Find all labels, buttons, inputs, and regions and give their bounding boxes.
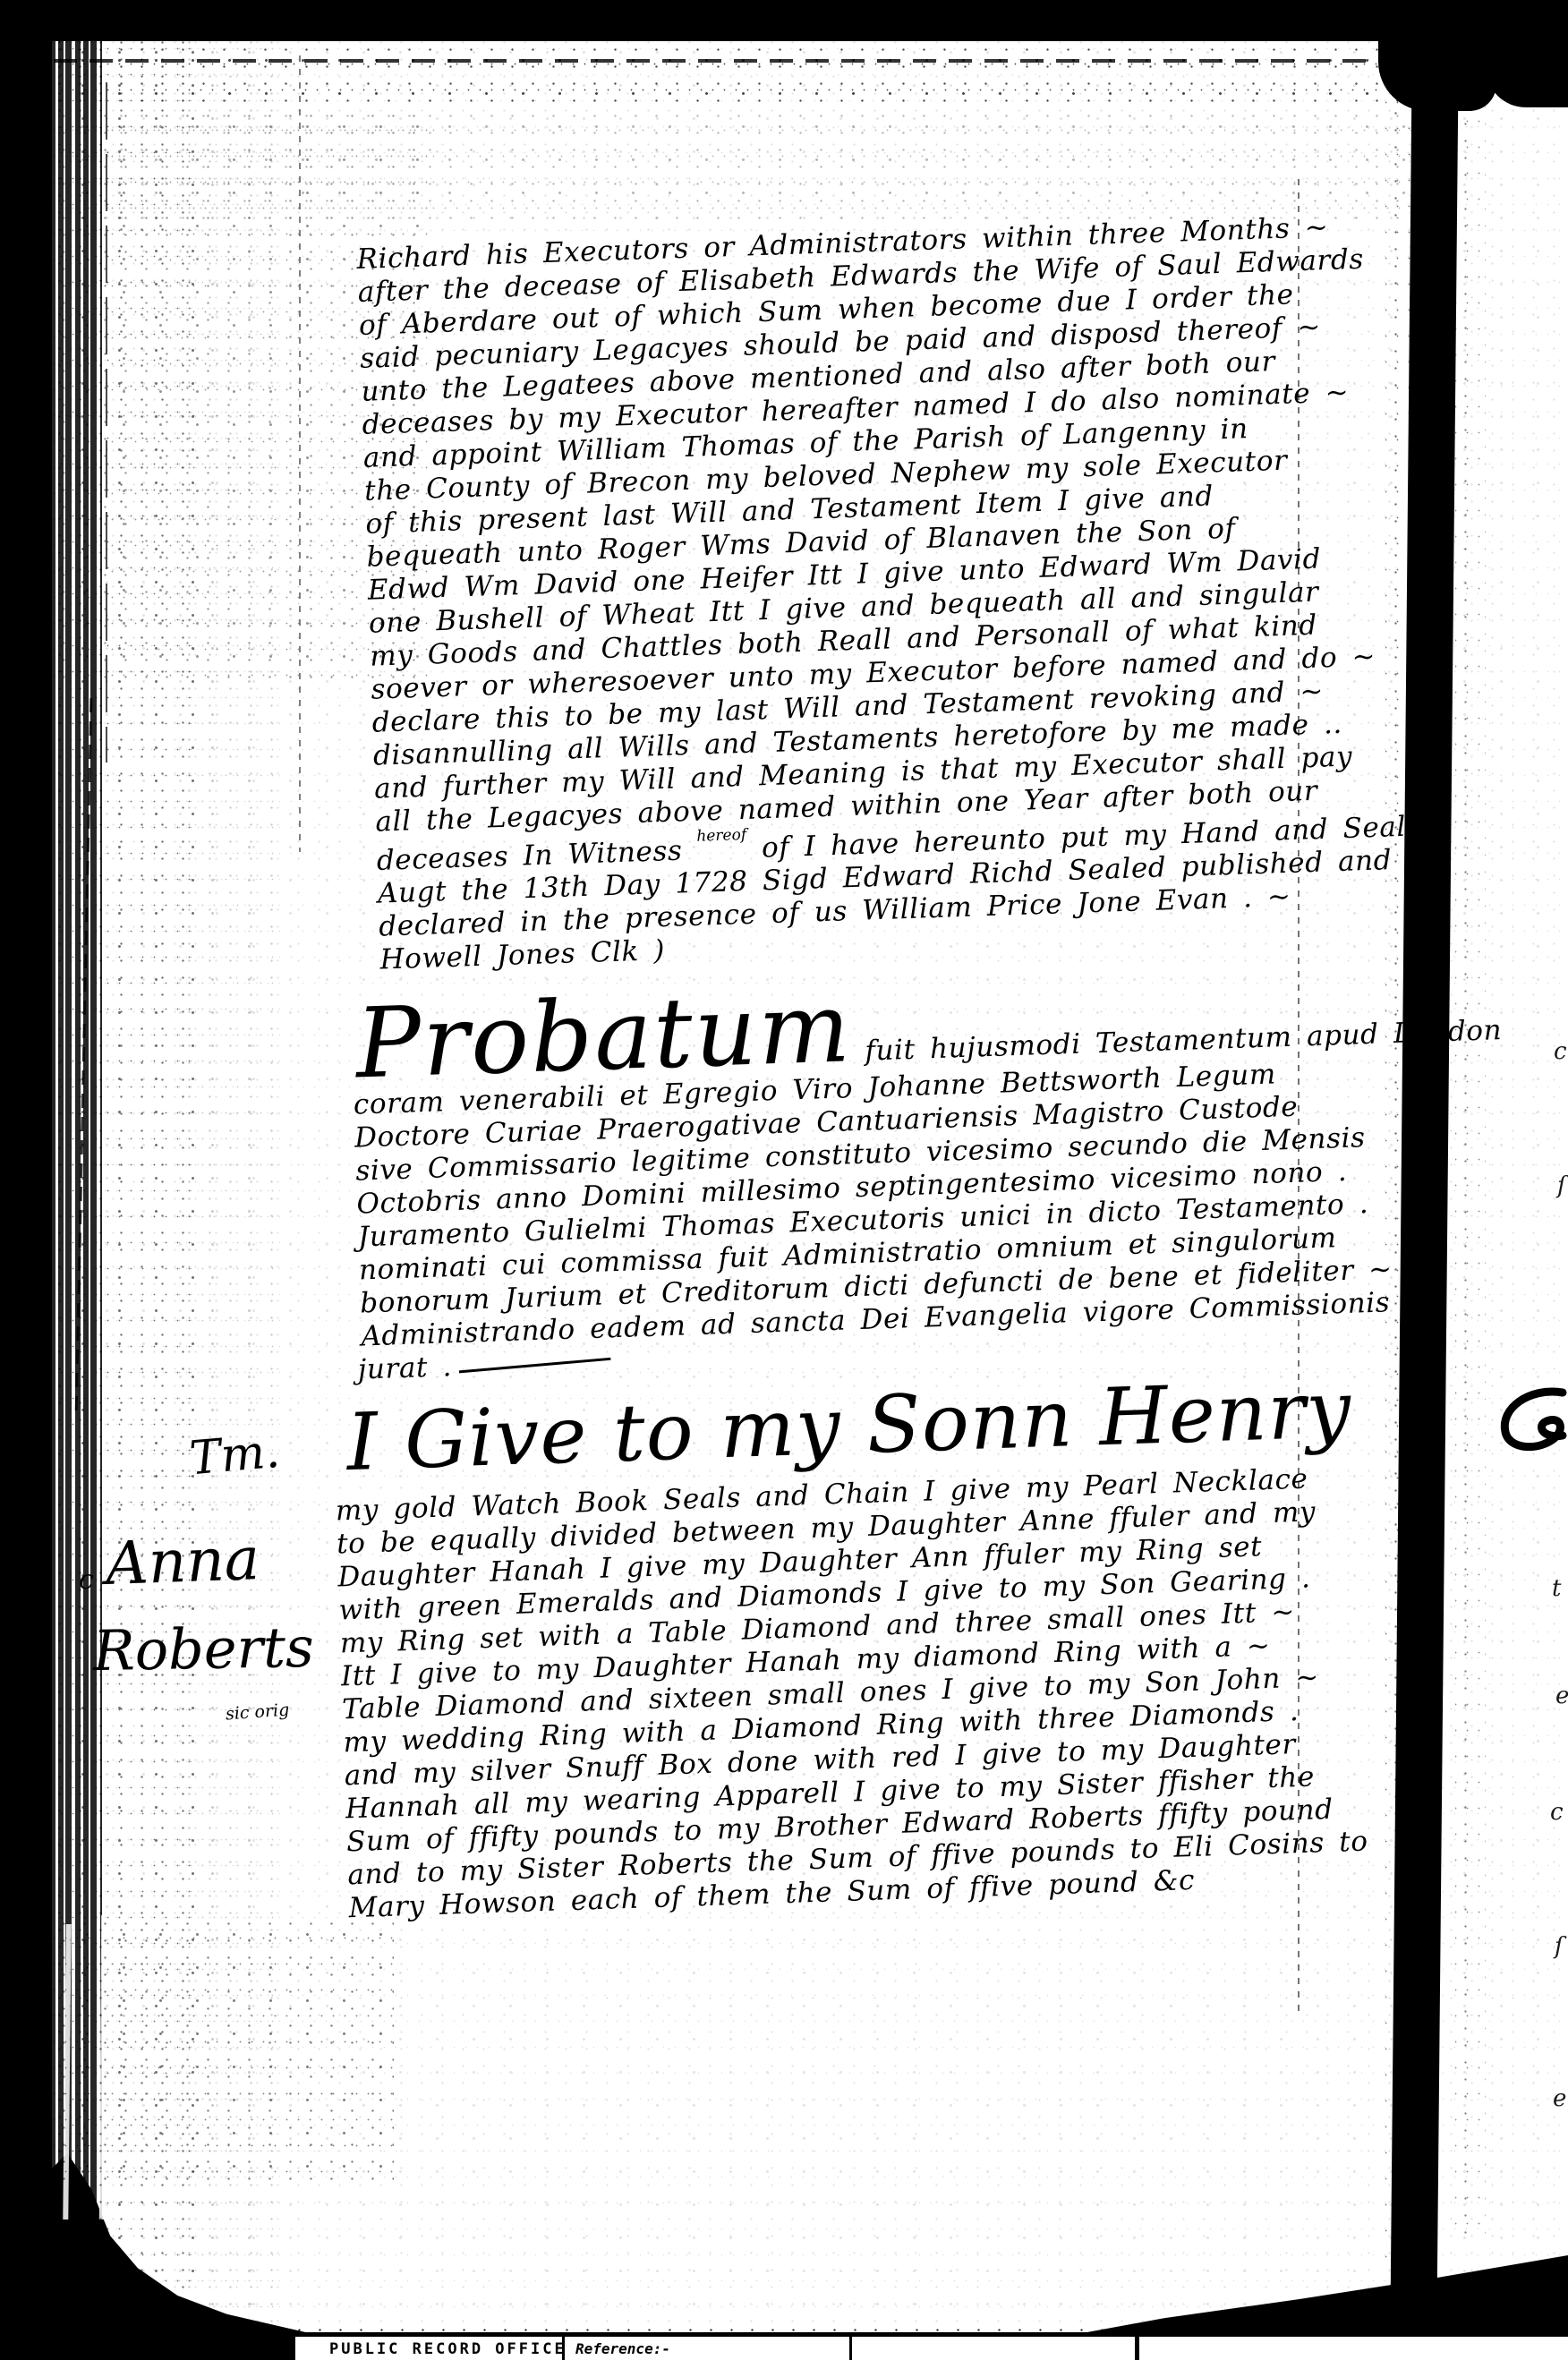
marginalia-clerk-note: sic orig xyxy=(225,1700,290,1725)
facing-page-fragment: e xyxy=(1555,1683,1568,1709)
scan-corner-top-right-outer xyxy=(1486,0,1568,107)
interlinear-insert: hereof xyxy=(696,826,746,846)
binding-streaks xyxy=(50,0,102,2360)
marginalia-stray-mark: c xyxy=(79,1564,94,1596)
footer-cell-divider xyxy=(1135,2337,1139,2360)
facing-page-fragment: t xyxy=(1552,1575,1561,1602)
will-edward-section: Richard his Executors or Administrators … xyxy=(356,209,1427,977)
jurat-text: jurat . xyxy=(357,1350,452,1385)
scan-edge-left xyxy=(0,0,52,2360)
scan-noise xyxy=(49,41,1427,107)
scan-noise xyxy=(1455,98,1486,2246)
scan-corner-top-right xyxy=(1378,25,1496,111)
probatum-section: Probatum fuit hujusmodi Testamentum apud… xyxy=(381,966,1441,1385)
footer-reference-label: Reference:- xyxy=(575,2340,670,2357)
marginalia-testator-forename: Anna xyxy=(105,1524,261,1598)
scan-noise xyxy=(179,0,277,2360)
pen-flourish xyxy=(459,1357,611,1373)
binding-highlight xyxy=(99,1915,108,2219)
facing-page-fragment: e xyxy=(1553,2085,1566,2112)
marginalia-testamentum-abbrev: Tm. xyxy=(188,1425,282,1487)
scanned-document-page: Tm. c Anna Roberts sic orig Richard his … xyxy=(0,0,1568,2360)
probatum-text-block: coram venerabili et Egregio Viro Johanne… xyxy=(353,1052,1439,1353)
probatum-heading: Probatum xyxy=(354,984,853,1088)
facing-page-fragment: ſ xyxy=(1557,1172,1566,1199)
scan-edge-top xyxy=(0,0,1568,41)
roberts-will-text-block: my gold Watch Book Seals and Chain I giv… xyxy=(335,1458,1458,1925)
marginalia-testator-surname: Roberts xyxy=(92,1615,314,1683)
will-roberts-section: I Give to my Sonn Henry my gold Watch Bo… xyxy=(395,1367,1459,1922)
binding-highlight xyxy=(145,1933,149,2202)
scan-edge-top-dashes xyxy=(54,59,1396,63)
facing-page-fragment: c xyxy=(1550,1799,1564,1826)
scan-noise xyxy=(49,107,1419,224)
facing-page-fragment: ſ xyxy=(1555,1933,1564,1960)
page-edge-line xyxy=(106,82,107,763)
footer-cell-divider xyxy=(849,2337,852,2360)
footer-office-label: PUBLIC RECORD OFFICE xyxy=(329,2340,567,2358)
manuscript-body: Richard his Executors or Administrators … xyxy=(356,209,1459,1922)
facing-page-fragment: c xyxy=(1554,1038,1567,1065)
facing-page-swash xyxy=(1493,1385,1568,1511)
paper-crease-left xyxy=(299,55,301,852)
